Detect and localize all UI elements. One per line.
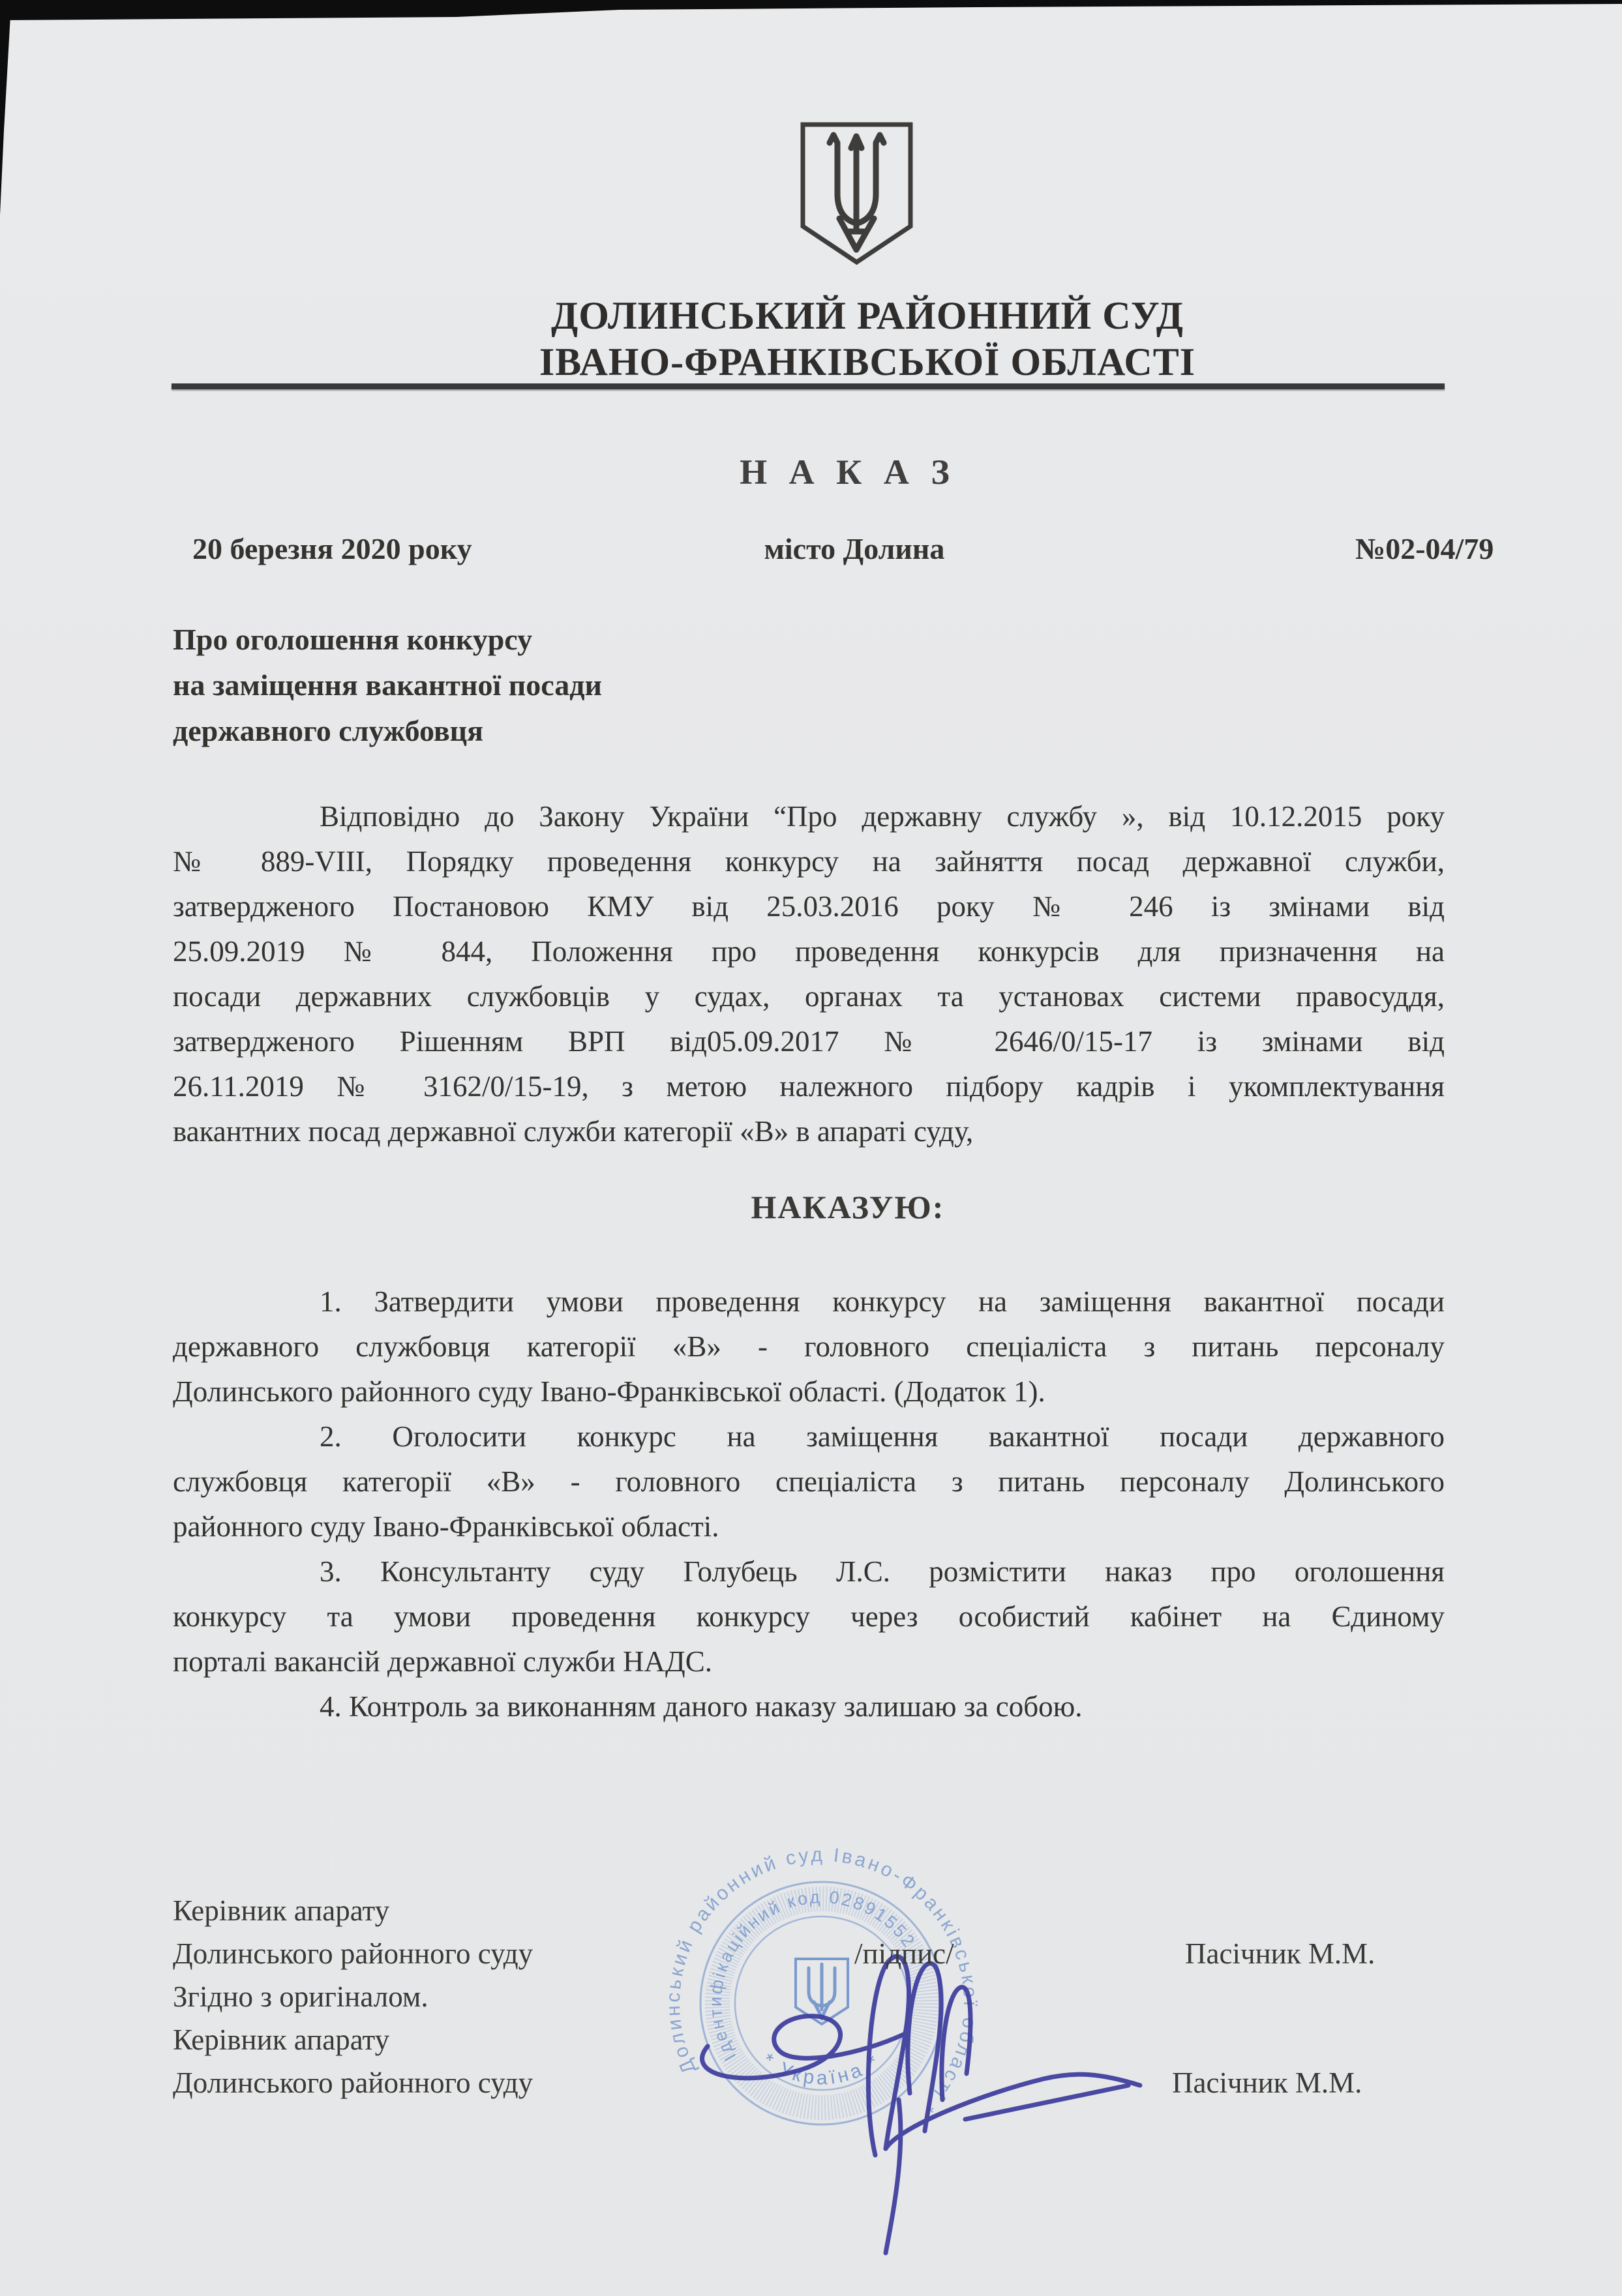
resolution-heading: НАКАЗУЮ:	[173, 1188, 1523, 1226]
signatory-title-line: Керівник апарату	[173, 1889, 1445, 1932]
resolution-line: державного службовця категорії «В» - гол…	[173, 1324, 1445, 1369]
court-name-line1: ДОЛИНСЬКИЙ РАЙОННИЙ СУД	[173, 293, 1562, 338]
subject-line: державного службовця	[173, 708, 1086, 754]
signatory-title-line: Долинського районного суду	[173, 1937, 533, 1970]
signatory-row: Долинського районного суду Пасічник М.М.	[173, 2061, 1445, 2104]
signatory-title-line: Керівник апарату	[173, 2018, 1445, 2061]
preamble-line: затвердженого Постановою КМУ від 25.03.2…	[173, 884, 1445, 929]
scan-edge-artifact-top	[0, 0, 1622, 21]
order-number: №02-04/79	[1355, 531, 1494, 566]
preamble-line: 26.11.2019 № 3162/0/15-19, з метою належ…	[173, 1064, 1445, 1109]
signature-placeholder: /підпис/	[854, 1932, 954, 1975]
resolution-line: порталі вакансій державної служби НАДС.	[173, 1639, 1445, 1684]
order-place: місто Долина	[763, 531, 946, 566]
approval-note-line: Згідно з оригіналом.	[173, 1975, 1445, 2018]
order-date: 20 березня 2020 року	[192, 531, 472, 566]
order-preamble: Відповідно до Закону України “Про держав…	[173, 794, 1445, 1154]
resolution-line: 2. Оголосити конкурс на заміщення вакант…	[173, 1414, 1445, 1459]
resolution-line: районного суду Івано-Франківської област…	[173, 1504, 1445, 1549]
header-rule	[172, 383, 1445, 389]
scan-edge-artifact-left	[0, 13, 14, 222]
subject-line: Про оголошення конкурсу	[173, 617, 1086, 663]
resolution-line: службовця категорії «В» - головного спец…	[173, 1459, 1445, 1504]
resolution-line: 3. Консультанту суду Голубець Л.С. розмі…	[173, 1549, 1445, 1594]
resolution-line: Долинського районного суду Івано-Франків…	[173, 1369, 1445, 1414]
subject-line: на заміщення вакантної посади	[173, 663, 1086, 708]
signatory-title-line: Долинського районного суду	[173, 2066, 533, 2099]
signature-block: Керівник апарату Долинського районного с…	[173, 1889, 1445, 2104]
preamble-line: № 889-VIII, Порядку проведення конкурсу …	[173, 839, 1445, 884]
resolution-items: 1. Затвердити умови проведення конкурсу …	[173, 1279, 1445, 1729]
preamble-line: Відповідно до Закону України “Про держав…	[173, 794, 1445, 839]
resolution-line: конкурсу та умови проведення конкурсу че…	[173, 1594, 1445, 1639]
preamble-line: посади державних службовців у судах, орг…	[173, 974, 1445, 1019]
order-meta-row: 20 березня 2020 року місто Долина №02-04…	[0, 531, 1622, 571]
coat-of-arms-trident-icon	[799, 121, 914, 266]
signatory-row: Долинського районного суду /підпис/ Пасі…	[173, 1932, 1445, 1975]
signatory-name: Пасічник М.М.	[1172, 2061, 1362, 2104]
resolution-line: 1. Затвердити умови проведення конкурсу …	[173, 1279, 1445, 1324]
order-subject: Про оголошення конкурсу на заміщення вак…	[173, 617, 1086, 754]
preamble-line: затвердженого Рішенням ВРП від05.09.2017…	[173, 1019, 1445, 1064]
preamble-line: 25.09.2019 № 844, Положення про проведен…	[173, 929, 1445, 974]
court-name-line2: ІВАНО-ФРАНКІВСЬКОЇ ОБЛАСТІ	[173, 340, 1562, 385]
scanned-order-page: ДОЛИНСЬКИЙ РАЙОННИЙ СУД ІВАНО-ФРАНКІВСЬК…	[0, 0, 1622, 2296]
resolution-line: 4. Контроль за виконанням даного наказу …	[173, 1684, 1445, 1729]
order-title: Н А К А З	[173, 452, 1523, 492]
preamble-line: вакантних посад державної служби категор…	[173, 1109, 1445, 1154]
signatory-name: Пасічник М.М.	[1185, 1932, 1375, 1975]
